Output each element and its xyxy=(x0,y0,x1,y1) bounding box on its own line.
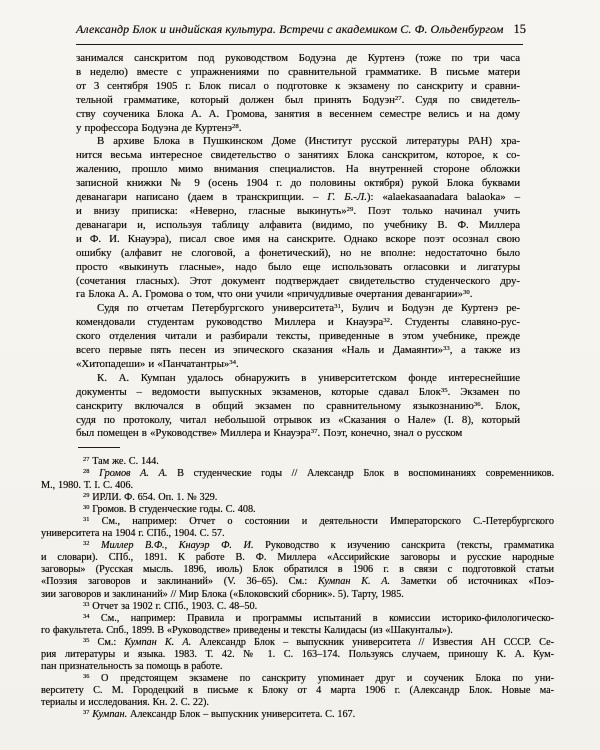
text-line: комендовали студентам руководство Миллер… xyxy=(76,316,520,330)
text-line: занимался санскритом под руководством Бо… xyxy=(76,52,520,66)
footnote: 32 Миллер В.Ф., Кнауэр Ф. И. Руководство… xyxy=(41,540,554,600)
text-line: от 3 сентября 1905 г. Блок писал о подго… xyxy=(76,80,520,94)
text-line: у профессора Бодуэна де Куртенэ28. xyxy=(76,122,520,136)
footnotes: 27 Там же. С. 144.28 Громов А. А. В студ… xyxy=(41,456,554,721)
text-line: га Блока А. А. Громова о том, что они уч… xyxy=(76,288,520,302)
page-number: 15 xyxy=(514,22,527,37)
text-line: 32 Миллер В.Ф., Кнауэр Ф. И. Руководство… xyxy=(41,540,554,552)
text-line: всего первые пять песен из эпического ск… xyxy=(76,344,520,358)
text-line: верситету С. М. Городецкий в письме к Бл… xyxy=(41,685,554,697)
paragraph: В архиве Блока в Пушкинском Доме (Инстит… xyxy=(76,135,520,302)
text-line: 34 См., например: Правила и программы ис… xyxy=(41,613,554,625)
text-line: университета на 1904 г. СПб., 1904. С. 5… xyxy=(41,528,554,540)
text-line: Судя по отчетам Петербургского университ… xyxy=(76,302,520,316)
text-line: документы – ведомости выпускных экзамено… xyxy=(76,386,520,400)
text-line: (сочетания гласных). Этот документ подтв… xyxy=(76,275,520,289)
text-line: и словари). СПб., 1891. К работе В. Ф. М… xyxy=(41,552,554,564)
text-line: деванагари написано (даем в транскрипции… xyxy=(76,191,520,205)
text-line: пан признательность за помощь в работе. xyxy=(41,661,554,673)
book-page: Александр Блок и индийская культура. Вст… xyxy=(0,0,600,750)
text-line: нится весьма интересное свидетельство о … xyxy=(76,149,520,163)
text-line: 29 ИРЛИ. Ф. 654. Оп. 1. № 329. xyxy=(41,492,554,504)
text-line: жалению, прошло мимо внимания специалист… xyxy=(76,163,520,177)
text-line: 37 Кумпан. Александр Блок – выпускник ун… xyxy=(41,709,554,721)
footnote: 34 См., например: Правила и программы ис… xyxy=(41,613,554,637)
text-line: ству соученика Блока А. А. Громова, заня… xyxy=(76,108,520,122)
text-line: судя по протоколу, читал небольшой отрыв… xyxy=(76,414,520,428)
text-line: и Ф. И. Кнауэра), писал свое имя на санс… xyxy=(76,233,520,247)
footnote: 33 Отчет за 1902 г. СПб., 1903. С. 48–50… xyxy=(41,601,554,613)
text-line: К. А. Кумпан удалось обнаружить в универ… xyxy=(76,372,520,386)
header-rule xyxy=(76,44,523,45)
footnote: 30 Громов. В студенческие годы. С. 408. xyxy=(41,504,554,516)
text-line: 30 Громов. В студенческие годы. С. 408. xyxy=(41,504,554,516)
paragraph: К. А. Кумпан удалось обнаружить в универ… xyxy=(76,372,520,442)
text-line: 33 Отчет за 1902 г. СПб., 1903. С. 48–50… xyxy=(41,601,554,613)
text-line: 31 См., например: Отчет о состоянии и де… xyxy=(41,516,554,528)
paragraph: Судя по отчетам Петербургского университ… xyxy=(76,302,520,372)
text-line: териалы и исследования. Кн. 2. С. 22). xyxy=(41,697,554,709)
text-line: тельной грамматике, который должен был п… xyxy=(76,94,520,108)
footnote: 27 Там же. С. 144. xyxy=(41,456,554,468)
text-line: заговоры» (Русская мысль. 1896, июль) Бл… xyxy=(41,564,554,576)
text-line: «Хитопадеши» и «Панчатантры»34. xyxy=(76,358,520,372)
text-line: В архиве Блока в Пушкинском Доме (Инстит… xyxy=(76,135,520,149)
text-line: санскриту включался в общий экзамен по с… xyxy=(76,400,520,414)
footnote: 28 Громов А. А. В студенческие годы // А… xyxy=(41,468,554,492)
text-line: деванагари и, используя таблицу алфавита… xyxy=(76,219,520,233)
text-line: рия литературы и языка. 1983. Т. 42. № 1… xyxy=(41,649,554,661)
footnote: 29 ИРЛИ. Ф. 654. Оп. 1. № 329. xyxy=(41,492,554,504)
text-line: 35 См.: Кумпан К. А. Александр Блок – вы… xyxy=(41,637,554,649)
text-line: зии заговоров и заклинаний» // Мир Блока… xyxy=(41,589,554,601)
text-line: 28 Громов А. А. В студенческие годы // А… xyxy=(41,468,554,480)
text-line: го факультета. Спб., 1899. В «Руководств… xyxy=(41,625,554,637)
text-line: просто «выкинуть гласные», надо было еще… xyxy=(76,261,520,275)
text-line: «Поэзия заговоров и заклинаний» (V. 36–6… xyxy=(41,576,554,588)
text-line: записной книжки № 9 (осень 1904 г. до по… xyxy=(76,177,520,191)
text-line: был помещен в «Руководстве» Миллера и Кн… xyxy=(76,427,520,441)
running-head: Александр Блок и индийская культура. Вст… xyxy=(76,22,523,37)
text-line: и внизу приписка: «Неверно, гласные выки… xyxy=(76,205,520,219)
footnote-separator xyxy=(78,447,120,448)
footnote: 35 См.: Кумпан К. А. Александр Блок – вы… xyxy=(41,637,554,673)
text-line: 27 Там же. С. 144. xyxy=(41,456,554,468)
running-head-title: Александр Блок и индийская культура. Вст… xyxy=(76,22,504,37)
footnote: 36 О предстоящем экзамене по санскриту у… xyxy=(41,673,554,709)
text-line: ского отделения читали и разбирали текст… xyxy=(76,330,520,344)
text-line: ошибку (алфавит не слоговой, а фонетичес… xyxy=(76,247,520,261)
paragraph: занимался санскритом под руководством Бо… xyxy=(76,52,520,135)
footnote: 37 Кумпан. Александр Блок – выпускник ун… xyxy=(41,709,554,721)
footnote: 31 См., например: Отчет о состоянии и де… xyxy=(41,516,554,540)
body-text: занимался санскритом под руководством Бо… xyxy=(76,52,520,441)
text-line: в неделю) вместе с упражнениями по сравн… xyxy=(76,66,520,80)
text-line: М., 1980. Т. I. С. 406. xyxy=(41,480,554,492)
text-line: 36 О предстоящем экзамене по санскриту у… xyxy=(41,673,554,685)
